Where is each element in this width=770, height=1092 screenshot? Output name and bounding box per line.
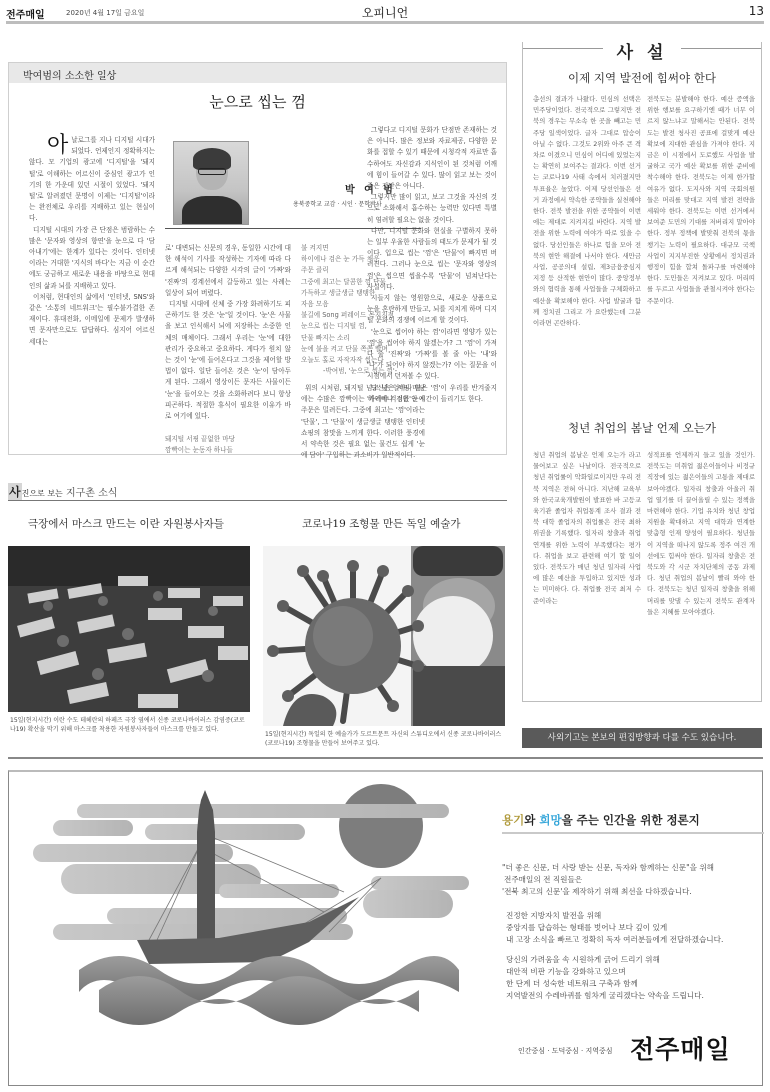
column-text-col4: 그렇다고 디지털 문화가 단점만 존재하는 것은 아니다. 많은 정보와 자료제… xyxy=(367,125,497,405)
section-title: 오피니언 xyxy=(6,4,764,21)
editorial-title: 청년 취업의 봄날 언제 오는가 xyxy=(523,420,761,436)
editorial-title: 이제 지역 발전에 힘써야 한다 xyxy=(523,70,761,86)
column-text-col2: 로' 대변되는 신문의 경우, 동일한 시간에 대한 해석이 기사를 작성하는 … xyxy=(165,243,291,457)
editorial-section: 사 설 이제 지역 발전에 힘써야 한다 총선의 결과가 나왔다. 민심의 선택… xyxy=(522,42,762,702)
paragraph: 디지털 시대의 가장 큰 단점은 범람하는 수많은 '문자와 영상의 향연'을 … xyxy=(29,225,155,292)
masthead: 전주매일 2020년 4월 17일 금요일 오피니언 13 xyxy=(6,4,764,22)
photo-caption: 15일(현지시간) 독일의 한 예술가가 도르트문트 자신의 스튜디오에서 신종… xyxy=(265,730,505,748)
ad-brand-logo: 전주매일 xyxy=(630,1030,731,1066)
column-text-col1: 아 날로그를 지나 디지털 시대가 되었다. 언제인지 정확하지는 않다. 모 … xyxy=(29,135,155,348)
dropcap: 아 xyxy=(47,135,68,157)
page-number: 13 xyxy=(749,4,764,18)
ship-pen-nib-illustration-icon xyxy=(9,772,489,1072)
editorial-text: 청년 취업의 봄날은 언제 오는가 라고 물어보고 싶은 나날이다. 전국적으로… xyxy=(533,450,641,694)
column-title: 눈으로 씹는 껌 xyxy=(9,91,506,112)
masthead-rule xyxy=(6,21,764,24)
paragraph: 디지털 시대에 신체 중 가장 화려하기도 피곤하기도 한 것은 '눈'일 것이… xyxy=(165,299,291,422)
photo-covid-sculpture xyxy=(263,546,505,726)
ad-tagline: 인간중심 · 도덕중심 · 지역중심 xyxy=(518,1046,613,1056)
column-series-label: 박여범의 소소한 일상 xyxy=(9,63,506,83)
paragraph: 로' 대변되는 신문의 경우, 동일한 시간에 대한 해석이 기사를 작성하는 … xyxy=(165,243,291,299)
ad-paragraph: 당신의 가려움을 속 시원하게 긁어 드리기 위해 대안적 비판 기능을 강화하… xyxy=(506,954,704,1002)
photo-title: 극장에서 마스크 만드는 이란 자원봉사자들 xyxy=(28,516,224,531)
ad-paragraph: "더 좋은 신문, 더 사랑 받는 신문, 독자와 함께하는 신문"을 위해 전… xyxy=(502,862,714,898)
photo-news-heading: 사진으로 보는 지구촌 소식 xyxy=(8,483,117,500)
photo-title: 코로나19 조형물 만든 독일 예술가 xyxy=(302,516,461,531)
ad-slogan: 용기와 희망을 주는 인간을 위한 정론지 xyxy=(502,812,700,828)
column-article: 박여범의 소소한 일상 눈으로 씹는 껌 박 여 범 용북중학교 교감 · 시인… xyxy=(8,62,507,455)
author-portrait-icon xyxy=(173,141,249,225)
editorial-label: 사 설 xyxy=(523,38,761,63)
photo-mask-volunteers xyxy=(8,546,250,712)
editorial-text: 전북도는 분발해야 한다. 예산 증액을 위한 행보를 요구하기엔 때가 너무 … xyxy=(647,94,755,384)
poem-excerpt: 돼지털 서핑 끝없한 마당 깜빡이는 눈동자 하나들 xyxy=(165,434,291,456)
photo-caption: 15일(현지시간) 이란 수도 테헤란의 하페즈 극장 옆에서 신종 코로나바이… xyxy=(10,716,250,734)
editorial-text: 총선의 결과가 나왔다. 민심의 선택은 민주당이었다. 전국적으로 그렇지만 … xyxy=(533,94,641,384)
paragraph: 이처럼, 현대인의 삶에서 '인터넷, SNS'와 같은 '소통의 네트워크'는… xyxy=(29,292,155,348)
ad-paragraph: 진정한 지방자치 발전을 위해 중앙지를 답습하는 형태를 벗어나 보다 깊이 … xyxy=(506,910,723,946)
editorial-text: 성적표를 언제까지 들고 있을 것인가. 전북도는 미취업 젊은이들이나 비정규… xyxy=(647,450,755,694)
disclaimer-banner: 사외기고는 본보의 편집방향과 다를 수도 있습니다. xyxy=(522,728,762,748)
